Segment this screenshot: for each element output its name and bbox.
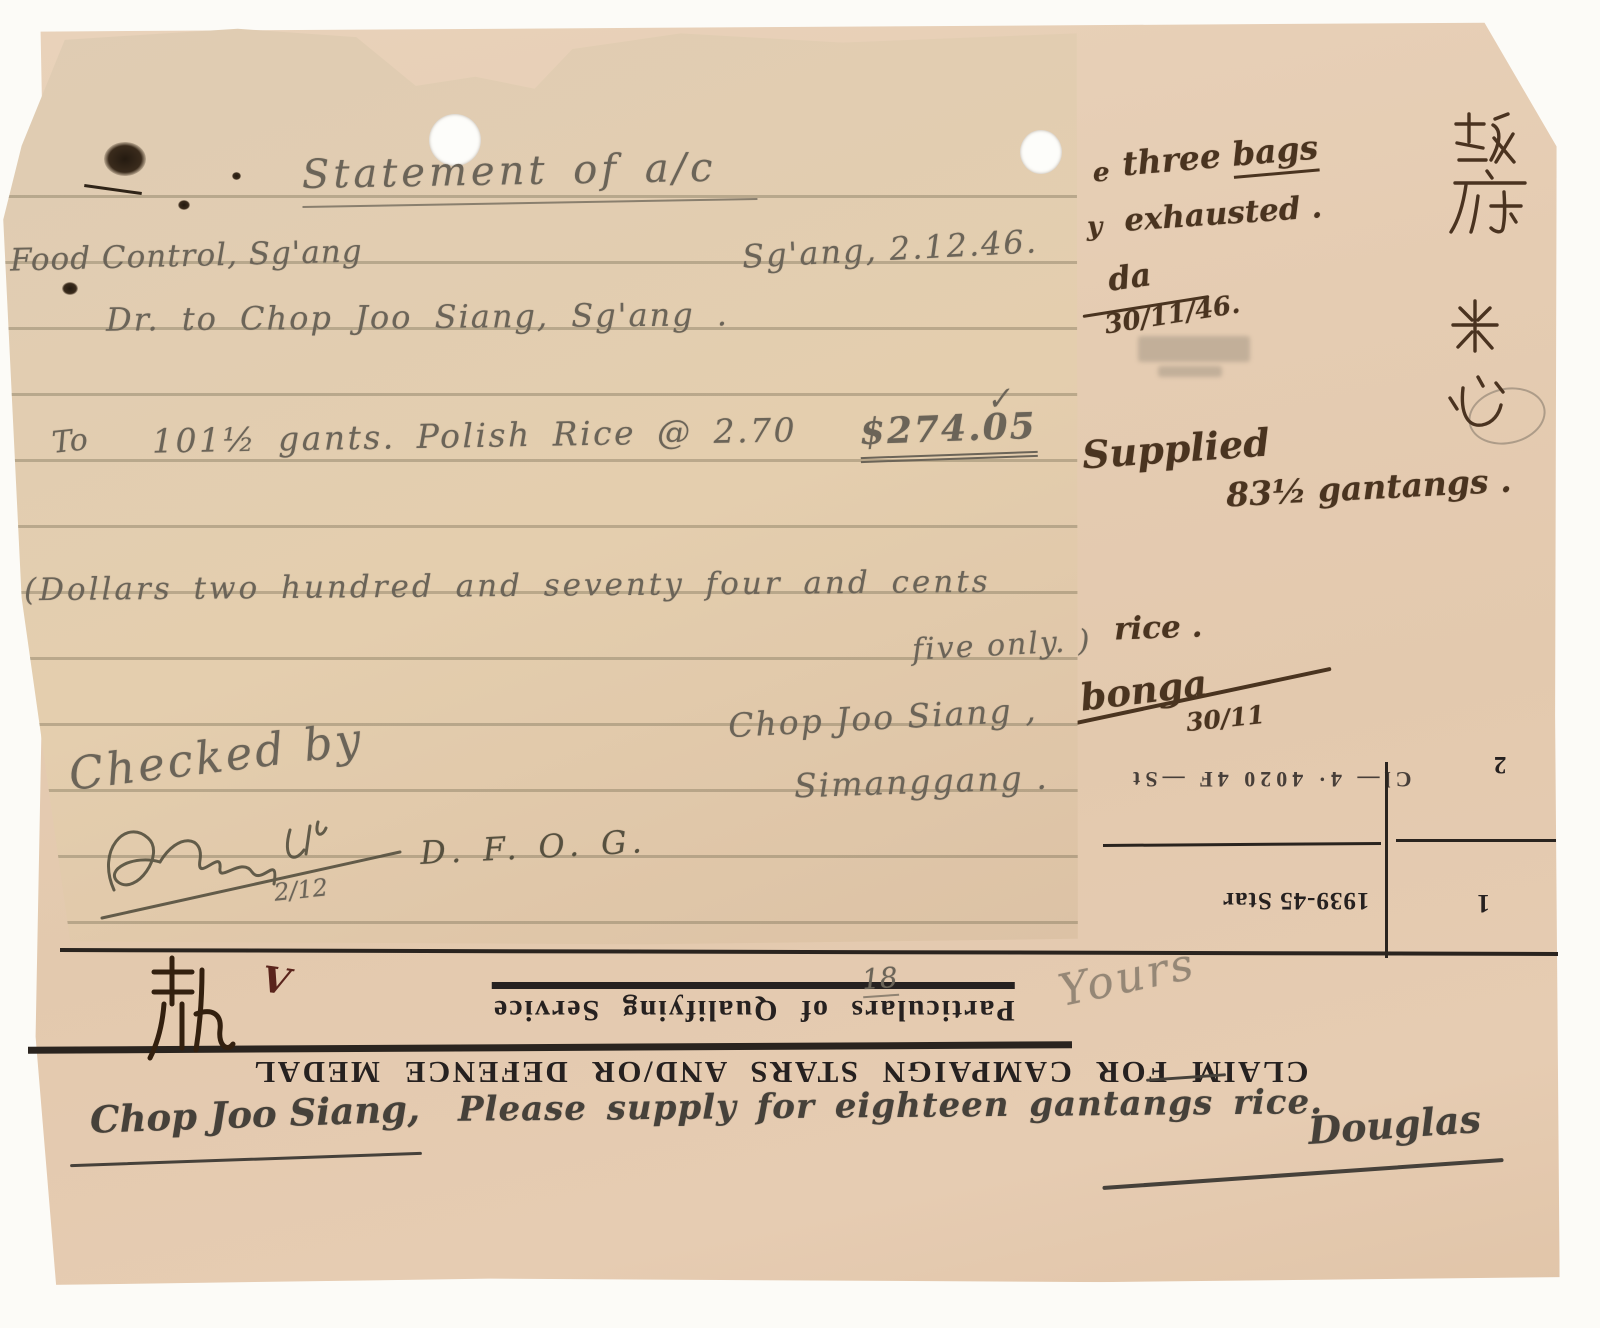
document-scan: e three bags y exhausted . da 30/11/46. …	[0, 0, 1600, 1328]
section-header-particulars: Particulars of Qualifying Service	[492, 982, 1015, 1027]
table-horizontal-line-right	[1396, 839, 1556, 842]
checked-date: 2/12	[273, 873, 330, 906]
checker-signature	[92, 792, 412, 924]
note-line1-underlined: bags	[1230, 128, 1320, 179]
red-check-mark: V	[259, 958, 293, 1003]
row-label-1939-45-star: 1939-45 Star	[1222, 886, 1369, 914]
bottom-note-request: Please supply for eighteen gantangs rice…	[458, 1082, 1323, 1130]
note-line2-prefix: y	[1087, 212, 1102, 242]
chinese-character-4	[1440, 370, 1512, 436]
note-line1-prefix: e	[1093, 158, 1110, 188]
note-signature-1: da	[1106, 255, 1154, 299]
row-number-2: 2	[1494, 750, 1507, 778]
table-vertical-line	[1385, 762, 1388, 958]
statement-title: Statement of a/c	[302, 144, 757, 208]
paper-stain-blotch	[104, 142, 146, 176]
chinese-character-2	[1447, 168, 1532, 236]
statement-debtor: Dr. to Chop Joo Siang, Sg'ang .	[106, 295, 729, 338]
item-prefix: To	[50, 422, 89, 461]
punch-hole-right	[1020, 130, 1062, 174]
partial-print-row: Cl— 4· 4020 4F —St	[1128, 766, 1412, 792]
stamp-smudge-2	[1158, 366, 1222, 377]
chinese-character-1	[1450, 110, 1518, 168]
row-number-1: 1	[1477, 888, 1490, 918]
paper-stain-dot-3	[62, 282, 78, 295]
paper-stain-dot-2	[232, 172, 241, 180]
chinese-ink-mark	[140, 952, 236, 1064]
pencil-number-18: 18	[861, 961, 899, 998]
paper-stain-dot-1	[178, 200, 190, 210]
stamp-smudge	[1138, 336, 1250, 362]
rice-label: rice .	[1113, 608, 1202, 647]
chinese-character-3	[1447, 295, 1503, 357]
item-checkmark: ✓	[984, 380, 1014, 418]
